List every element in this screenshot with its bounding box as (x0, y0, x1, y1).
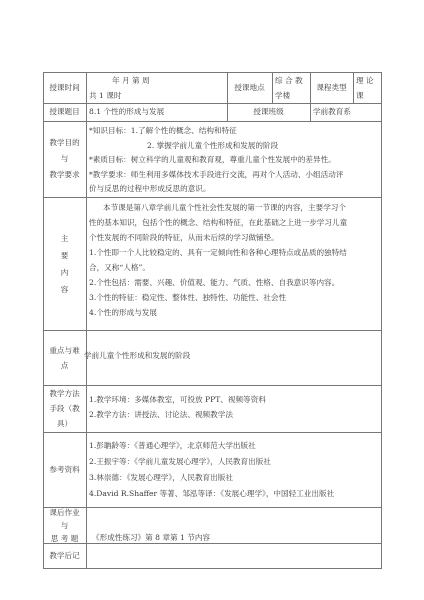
place-value: 综 合 教 学楼 (272, 73, 310, 103)
homework-label-line: 课后作业 (49, 506, 79, 519)
class-value: 学前教育系 (310, 106, 381, 121)
key-points-label-line: 点 (61, 358, 69, 373)
class-label-text: 授课班级 (253, 106, 283, 118)
content-label: 主 要 内 容 (43, 197, 86, 330)
notes-label-text: 教学后记 (49, 550, 79, 562)
type-label-text: 课程类型 (316, 82, 346, 94)
methods-label-line: 教学方法 (49, 386, 79, 401)
time-label: 授课时间 (43, 72, 86, 103)
row-divider (43, 507, 382, 508)
objectives-content: *知识目标：1.了解个性的概念、结构和特征 2. 掌握学前儿童个性形成和发展的阶… (86, 124, 381, 197)
method-line: 1.教学环境：多媒体教室，可投放 PPT、视频等资料 (89, 392, 381, 407)
objective-line: *教学要求：师生利用多媒体技术手段进行交流，再对个人活动、小组活动评 (89, 168, 381, 183)
homework-label: 课后作业 与 思 考 题 (43, 507, 86, 543)
content-label-char: 内 (61, 264, 69, 281)
place-value-line2: 学楼 (272, 90, 310, 102)
row-divider (43, 330, 382, 331)
key-points-label: 重点与难 点 (43, 330, 86, 385)
place-label-text: 授课地点 (234, 82, 264, 94)
content-point: 合，又称“人格”。 (89, 260, 381, 275)
content-point: 3.个性的特征：稳定性、整体性、独特性、功能性、社会性 (89, 290, 381, 305)
class-label: 授课班级 (227, 103, 310, 121)
reference-item: 3.林崇德：《发展心理学》，人民教育出版社 (89, 470, 381, 486)
reference-item: 2.王振宇等：《学前儿童发展心理学》，人民教育出版社 (89, 454, 381, 470)
objectives-label-line: 教学要求 (49, 167, 79, 183)
objectives-label-line: 与 (61, 151, 69, 167)
row-divider (43, 121, 382, 122)
content-label-char: 要 (61, 247, 69, 264)
notes-label: 教学后记 (43, 543, 86, 568)
content-intro-line: 本节课是第八章学前儿童个性社会性发展的第一节课的内容，主要学习个 (89, 200, 381, 215)
objective-line: 价与反思的过程中形成反思的意识。 (89, 182, 381, 197)
homework-label-line: 与 (61, 519, 69, 532)
table-border-right (381, 72, 382, 569)
reference-item: 4.David R.Shaffer 等著、邹泓等译：《发展心理学》，中国轻工业出… (89, 486, 381, 502)
topic-value: 8.1 个性的形成与发展 (86, 106, 227, 121)
methods-label-line: 具） (57, 416, 72, 431)
content-label-char: 主 (61, 230, 69, 247)
key-points-label-line: 重点与难 (49, 343, 79, 358)
type-label: 课程类型 (310, 72, 353, 103)
time-label-text: 授课时间 (49, 82, 79, 94)
type-value: 理 论 课 (353, 73, 381, 103)
content-label-char: 容 (61, 281, 69, 298)
content-point: 4.个性的形成与发展 (89, 305, 381, 320)
content-point: 1.个性即一个人比较稳定的、具有一定倾向性和各种心理特点或品质的独特结 (89, 245, 381, 260)
objective-line: 2. 掌握学前儿童个性形成和发展的阶段 (89, 139, 381, 154)
objectives-label: 教学目的 与 教学要求 (43, 121, 86, 197)
key-points-value: 学前儿童个性形成和发展的阶段 (84, 350, 381, 364)
methods-label-line: 手段（教 (49, 401, 79, 416)
notes-value (86, 543, 381, 568)
methods-content: 1.教学环境：多媒体教室，可投放 PPT、视频等资料 2.教学方法：讲授法、讨论… (86, 392, 381, 432)
method-line: 2.教学方法：讲授法、讨论法、视频教学法 (89, 407, 381, 422)
content-point: 2.个性包括：需要、兴趣、价值观、能力、气质、性格、自我意识等内容。 (89, 275, 381, 290)
row-divider (43, 432, 382, 433)
objectives-label-line: 教学目的 (49, 135, 79, 151)
references-label: 参考资料 (43, 432, 86, 507)
place-label: 授课地点 (227, 72, 272, 103)
row-divider (43, 385, 382, 386)
objective-line: *素质目标：树立科学的儿童观和教育观，尊重儿童个性发展中的差异性。 (89, 153, 381, 168)
time-value: 年 月 第 周 共 1 课时 (86, 73, 227, 103)
row-divider (43, 197, 382, 198)
table-border-bottom (43, 568, 382, 569)
row-divider (43, 103, 382, 104)
homework-value: 《形成性练习》第 8 章第 1 节内容 (92, 532, 381, 543)
objective-line: *知识目标：1.了解个性的概念、结构和特征 (89, 124, 381, 139)
content-intro-line: 性的基本知识，包括个性的概念、结构和特征，在此基础之上进一步学习儿童 (89, 215, 381, 230)
topic-label: 授课题目 (43, 103, 86, 121)
time-value-line1: 年 月 第 周 (86, 75, 227, 87)
reference-item: 1.彭聃龄等：《普通心理学》，北京师范大学出版社 (89, 438, 381, 454)
lesson-plan-page: 授课时间 年 月 第 周 共 1 课时 授课地点 综 合 教 学楼 课程类型 理… (0, 0, 424, 600)
content-intro-line: 个性发展的不同阶段的特征，从而未后续的学习做铺垫。 (89, 230, 381, 245)
time-value-line2: 共 1 课时 (86, 90, 227, 102)
place-value-line1: 综 合 教 (272, 75, 310, 87)
content-body: 本节课是第八章学前儿童个性社会性发展的第一节课的内容，主要学习个 性的基本知识，… (86, 200, 381, 330)
topic-label-text: 授课题目 (49, 106, 79, 118)
references-content: 1.彭聃龄等：《普通心理学》，北京师范大学出版社 2.王振宇等：《学前儿童发展心… (86, 438, 381, 507)
references-label-text: 参考资料 (49, 464, 79, 476)
type-value-line1: 理 论 (353, 75, 381, 87)
type-value-line2: 课 (353, 90, 381, 102)
methods-label: 教学方法 手段（教 具） (43, 385, 86, 432)
